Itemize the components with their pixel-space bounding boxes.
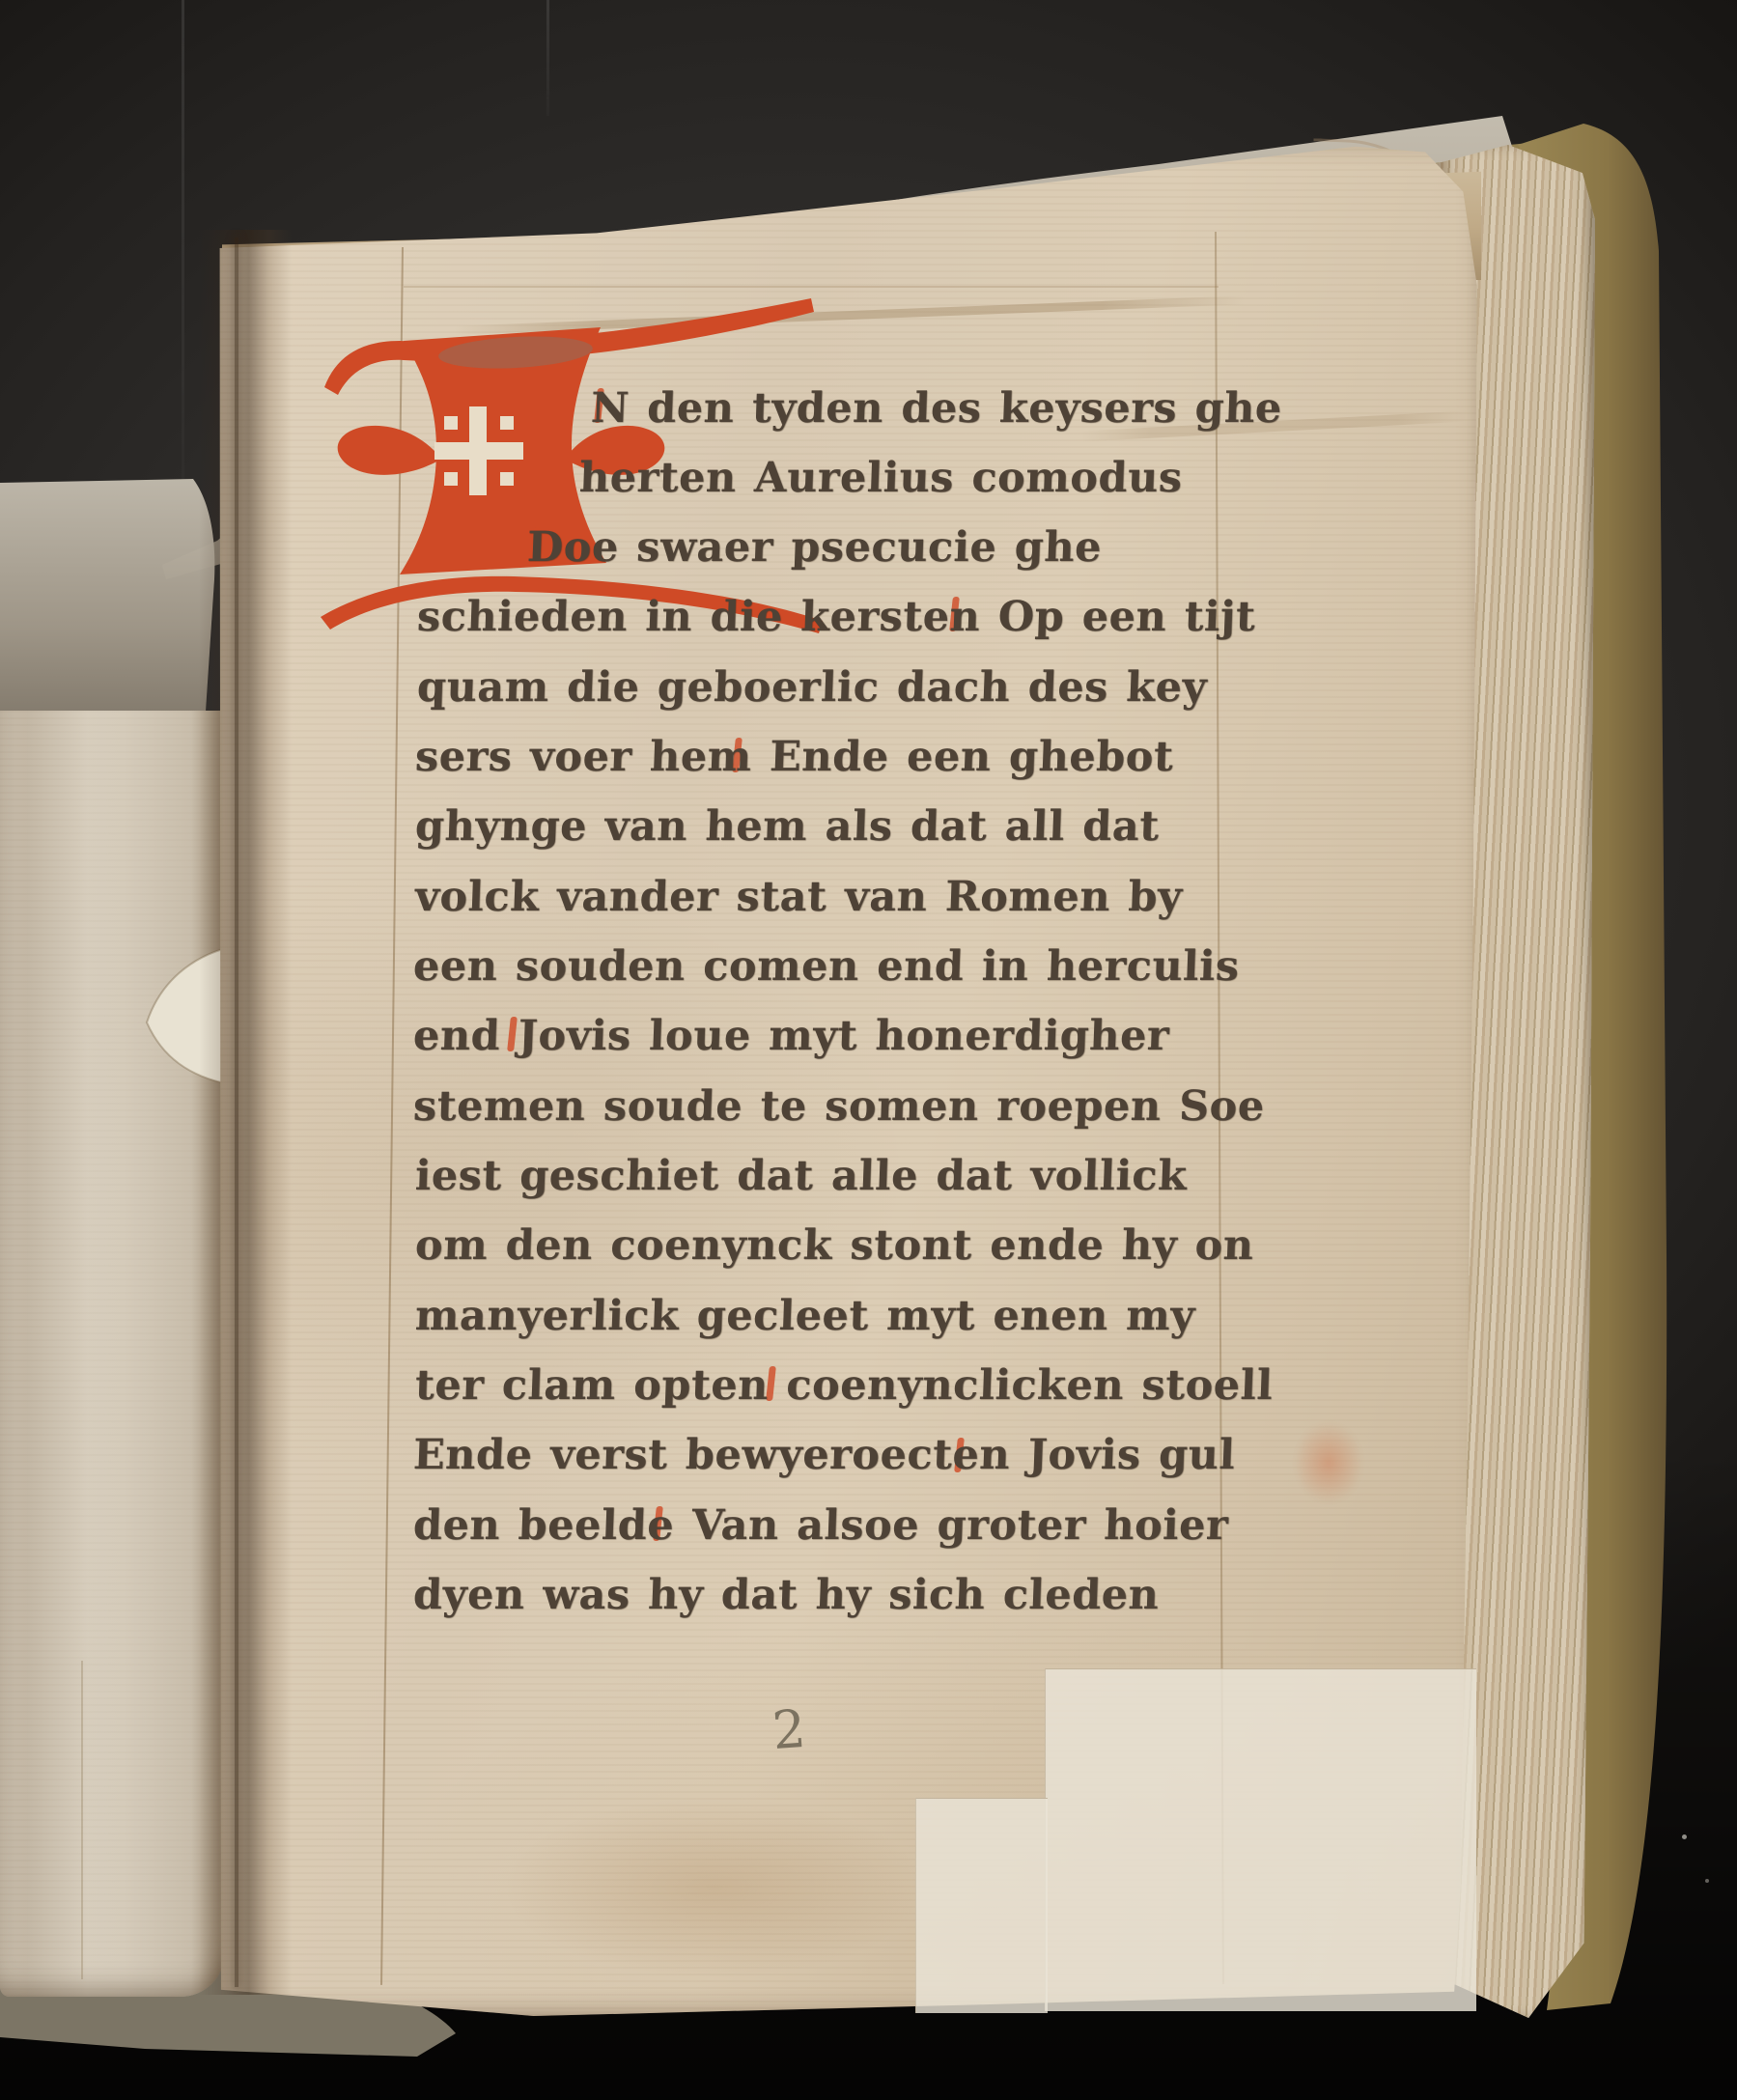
- repair-patch: [915, 1798, 1048, 2013]
- text-line-16: Ende verst bewyeroecten Jovis gul: [412, 1431, 1236, 1479]
- gutter-fold-line: [235, 238, 238, 1987]
- text-line-14: manyerlick gecleet myt enen my: [414, 1292, 1195, 1340]
- page-number: 2: [770, 1698, 808, 1761]
- left-page-crease: [81, 1661, 83, 1979]
- text-line-1: N den tyden des keysers ghe: [590, 384, 1283, 433]
- text-line-13: om den coenynck stont ende hy on: [414, 1221, 1254, 1270]
- text-line-15: ter clam opten coenynclicken stoell: [414, 1361, 1274, 1410]
- text-line-9: een souden comen end in herculis: [412, 942, 1240, 991]
- text-line-11: stemen soude te somen roepen Soe: [412, 1082, 1265, 1131]
- gutter-shadow: [199, 230, 292, 1995]
- page-stain-red: [1294, 1421, 1363, 1504]
- text-line-3: Doe swaer psecucie ghe: [526, 523, 1103, 572]
- text-line-17: den beelde Van alsoe groter hoier: [412, 1501, 1229, 1550]
- text-line-18: dyen was hy dat hy sich cleden: [412, 1571, 1160, 1619]
- text-line-7: ghynge van hem als dat all dat: [414, 802, 1160, 851]
- dust-speck: [1682, 1834, 1687, 1839]
- page-stain: [502, 1796, 927, 1979]
- text-line-5: quam die geboerlic dach des key: [416, 663, 1208, 712]
- text-line-6: sers voer hem Ende een ghebot: [414, 733, 1174, 781]
- repair-patch: [1045, 1668, 1476, 2011]
- vellum-left-wedge: [0, 479, 214, 726]
- left-facing-page: [0, 711, 225, 1997]
- manuscript-photo: I N den tyden des k: [0, 0, 1737, 2100]
- text-line-12: iest geschiet dat alle dat vollick: [414, 1152, 1188, 1200]
- text-line-10: end Jovis loue myt honerdigher: [412, 1012, 1170, 1060]
- dust-speck: [1705, 1879, 1709, 1883]
- text-line-2: herten Aurelius comodus: [578, 454, 1183, 502]
- initial-snowflake-pattern: [434, 406, 523, 495]
- text-line-8: volck vander stat van Romen by: [414, 873, 1183, 921]
- text-line-4: schieden in die kersten Op een tijt: [416, 593, 1256, 641]
